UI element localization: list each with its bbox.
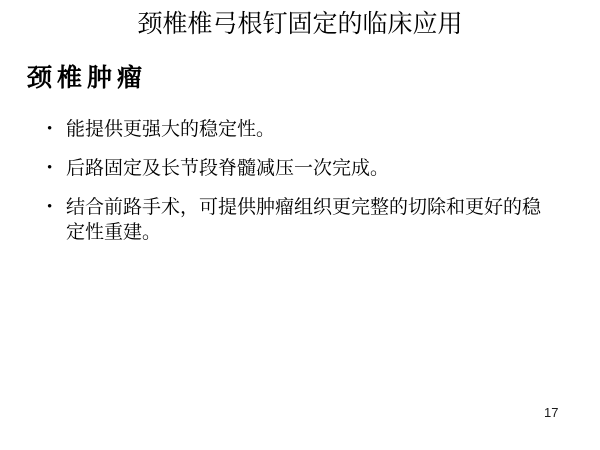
- list-item: • 结合前路手术，可提供肿瘤组织更完整的切除和更好的稳定性重建。: [47, 195, 557, 245]
- list-item: • 后路固定及长节段脊髓减压一次完成。: [47, 156, 557, 181]
- bullet-icon: •: [47, 195, 66, 220]
- section-heading: 颈椎肿瘤: [27, 64, 147, 94]
- page-number: 17: [544, 405, 558, 421]
- bullet-text: 结合前路手术，可提供肿瘤组织更完整的切除和更好的稳定性重建。: [66, 195, 554, 245]
- bullet-icon: •: [47, 156, 66, 181]
- bullet-list: • 能提供更强大的稳定性。 • 后路固定及长节段脊髓减压一次完成。 • 结合前路…: [47, 117, 557, 259]
- list-item: • 能提供更强大的稳定性。: [47, 117, 557, 142]
- bullet-text: 能提供更强大的稳定性。: [66, 117, 275, 142]
- slide-title: 颈椎椎弓根钉固定的临床应用: [0, 10, 600, 38]
- bullet-text: 后路固定及长节段脊髓减压一次完成。: [66, 156, 389, 181]
- presentation-slide: 颈椎椎弓根钉固定的临床应用 颈椎肿瘤 • 能提供更强大的稳定性。 • 后路固定及…: [0, 0, 600, 450]
- bullet-icon: •: [47, 117, 66, 142]
